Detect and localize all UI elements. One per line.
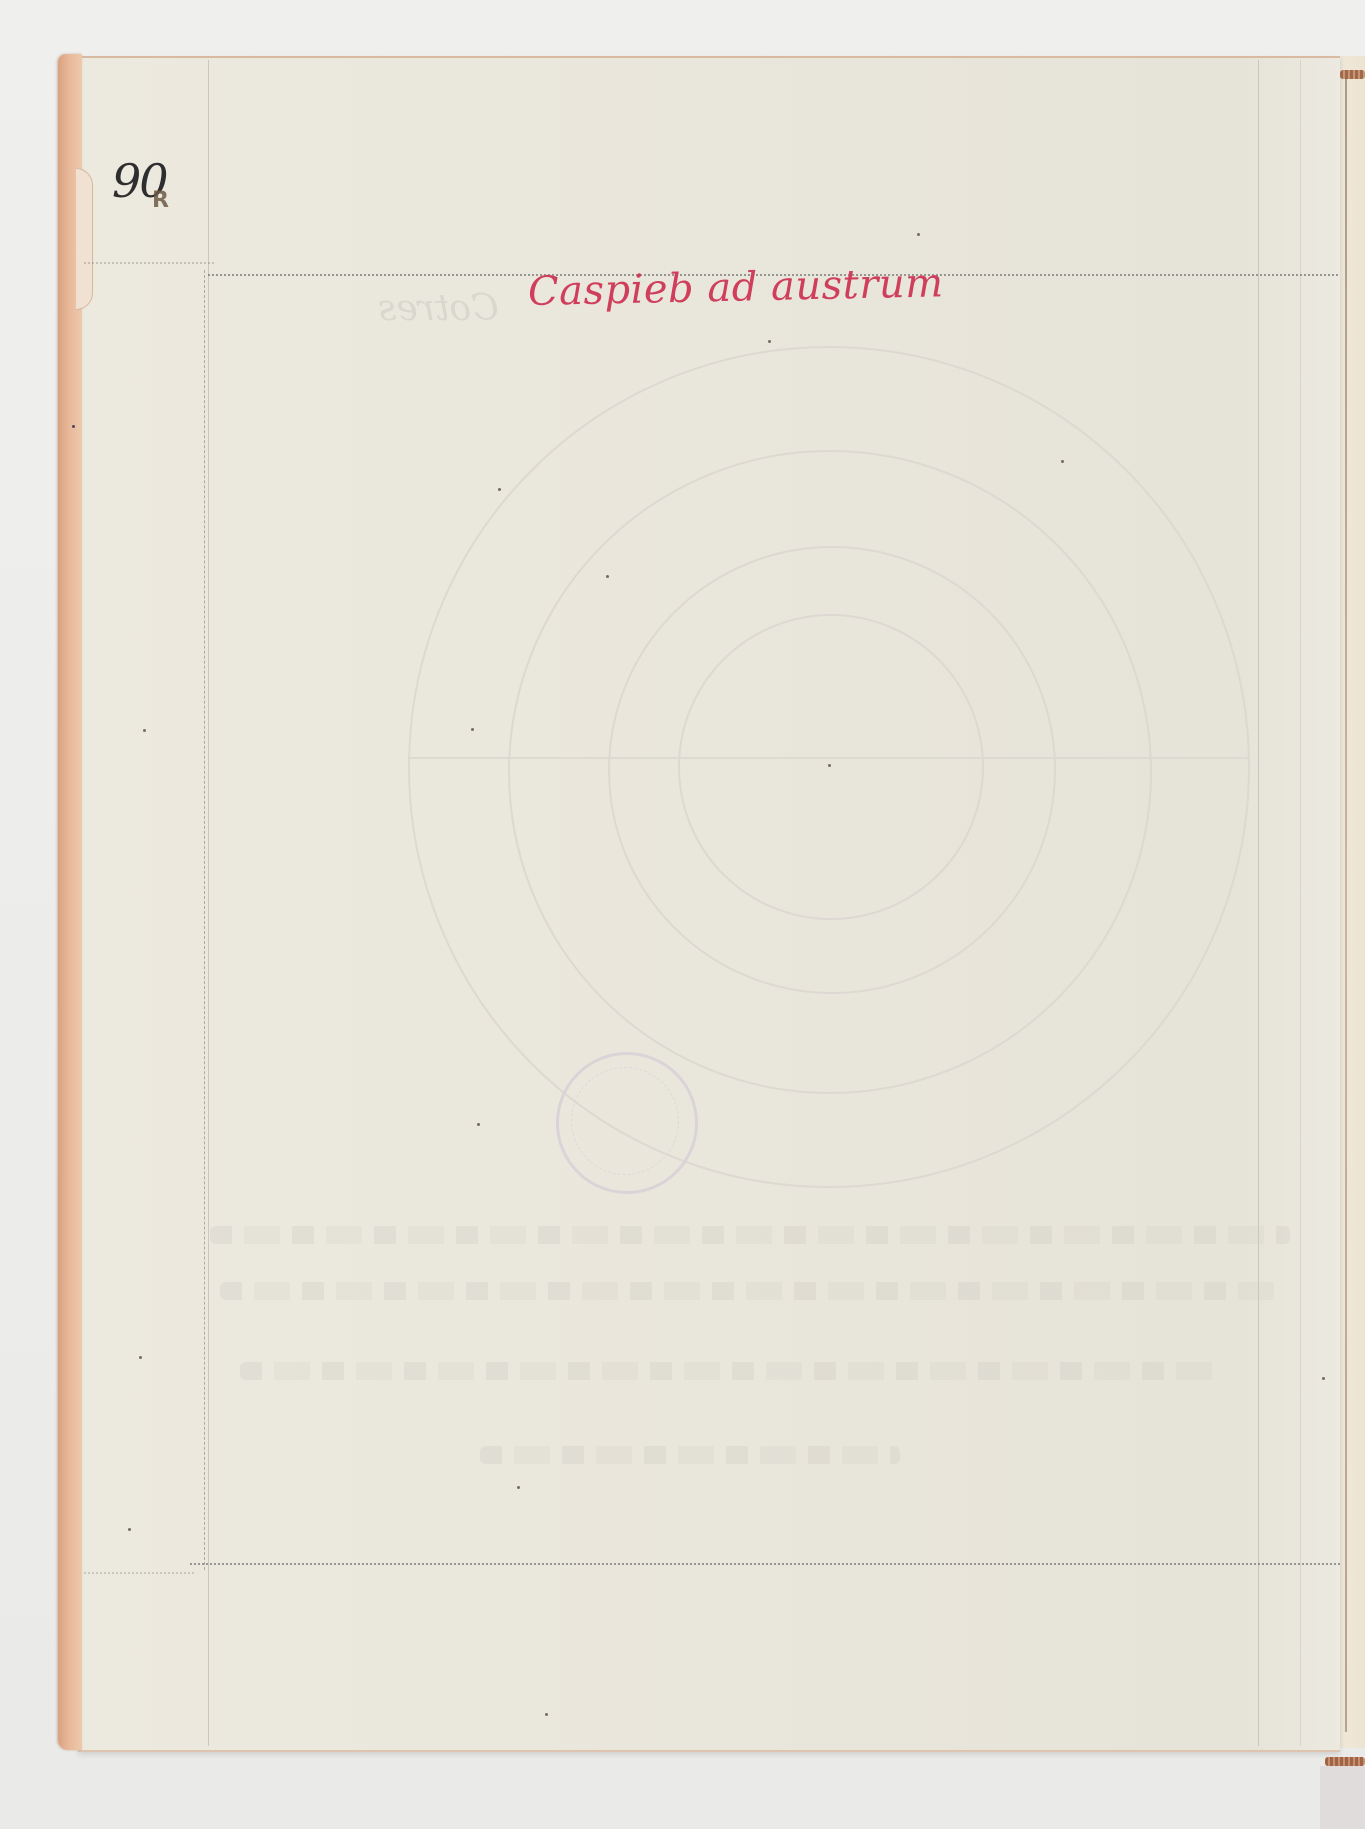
speck: [1322, 1377, 1325, 1380]
heading-red-ink: Caspieb ad austrum: [528, 263, 944, 312]
speck: [828, 764, 831, 767]
speck: [143, 729, 146, 732]
speck: [477, 1123, 480, 1126]
speck: [498, 488, 501, 491]
ghost-text-line-4: [480, 1446, 900, 1464]
speck: [72, 425, 75, 428]
top-rule-left-extension: [84, 262, 214, 264]
speck: [517, 1486, 520, 1489]
speck: [917, 233, 920, 236]
ghost-text-line-1: [210, 1226, 1290, 1244]
right-margin-rule-outer: [1300, 60, 1301, 1746]
speck: [471, 728, 474, 731]
speck: [128, 1528, 131, 1531]
page-tab-notch: [76, 168, 93, 310]
right-margin-rule: [1258, 60, 1259, 1746]
speck: [545, 1713, 548, 1716]
page-number-suffix: R: [152, 188, 169, 213]
speck: [1061, 460, 1064, 463]
bottom-frame-rule: [190, 1563, 1340, 1565]
speck: [139, 1356, 142, 1359]
left-margin-rule: [208, 60, 209, 1746]
left-margin-rule-dashed: [204, 270, 205, 1570]
gutter-fold-line: [1345, 72, 1347, 1732]
underlying-page-corner: [1320, 1766, 1365, 1829]
ghost-circle-inner: [678, 614, 984, 920]
ghost-show-through-title: Cotres: [378, 288, 499, 329]
speck: [768, 340, 771, 343]
ghost-library-stamp: [556, 1052, 698, 1194]
binding-stitch-bottom: [1325, 1757, 1365, 1766]
ghost-horizontal-axis: [408, 757, 1248, 759]
ghost-text-line-3: [240, 1362, 1220, 1380]
bottom-rule-left-extension: [84, 1572, 194, 1574]
speck: [606, 575, 609, 578]
ghost-text-line-2: [220, 1282, 1280, 1300]
binding-stitch-top: [1340, 70, 1365, 79]
